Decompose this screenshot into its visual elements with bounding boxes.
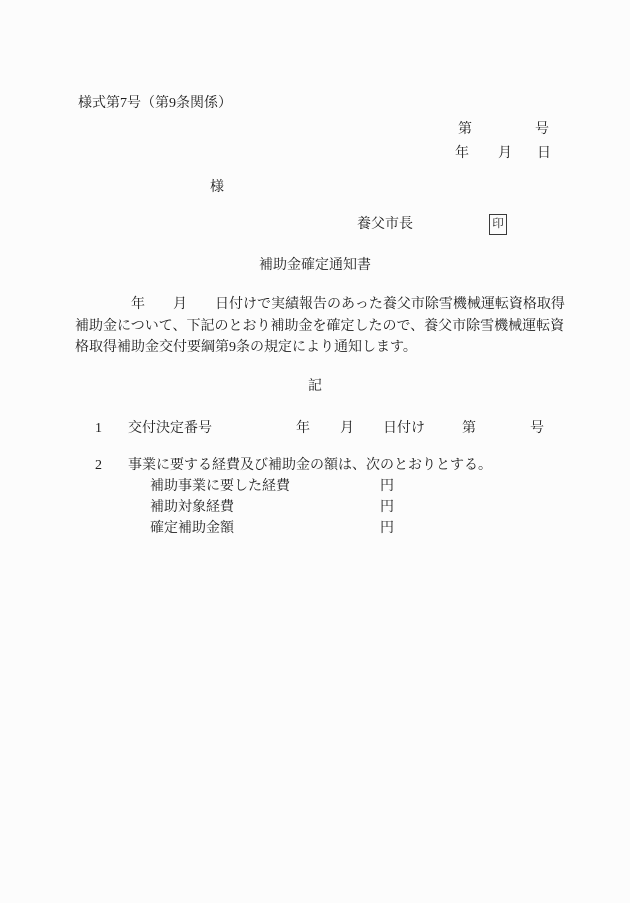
body-paragraph-line-2: 補助金について、下記のとおり補助金を確定したので、養父市除雪機械運転資 bbox=[75, 318, 564, 336]
expense-row-label: 確定補助金額 bbox=[150, 520, 234, 538]
item-1-number-prefix: 第 bbox=[462, 420, 476, 438]
document-title: 補助金確定通知書 bbox=[0, 257, 630, 275]
doc-number-prefix: 第 bbox=[458, 121, 472, 139]
date-year-label: 年 bbox=[455, 145, 469, 163]
doc-number-suffix: 号 bbox=[535, 121, 549, 139]
date-month-label: 月 bbox=[498, 145, 512, 163]
body-paragraph-line-3: 格取得補助金交付要綱第9条の規定により通知します。 bbox=[75, 339, 417, 357]
body-blank-year-label: 年 bbox=[131, 296, 145, 314]
item-2-text: 事業に要する経費及び補助金の額は、次のとおりとする。 bbox=[128, 457, 492, 475]
expense-row-unit: 円 bbox=[380, 520, 394, 538]
item-1-month-label: 月 bbox=[340, 420, 354, 438]
expense-row-label: 補助対象経費 bbox=[150, 499, 234, 517]
item-2-number: 2 bbox=[95, 457, 102, 475]
ki-marker: 記 bbox=[0, 378, 630, 396]
form-number: 様式第7号（第9条関係） bbox=[78, 95, 232, 113]
body-paragraph-line-1: 日付けで実績報告のあった養父市除雪機械運転資格取得 bbox=[215, 296, 565, 314]
seal-character: 印 bbox=[492, 219, 504, 231]
item-1-number: 1 bbox=[95, 420, 102, 438]
item-1-year-label: 年 bbox=[296, 420, 310, 438]
expense-row-label: 補助事業に要した経費 bbox=[150, 478, 290, 496]
issuer-name: 養父市長 bbox=[357, 216, 413, 234]
date-day-label: 日 bbox=[537, 145, 551, 163]
item-1-date-suffix-label: 日付け bbox=[383, 420, 425, 438]
body-blank-month-label: 月 bbox=[173, 296, 187, 314]
expense-row-unit: 円 bbox=[380, 499, 394, 517]
item-1-number-suffix: 号 bbox=[530, 420, 544, 438]
recipient-honorific: 様 bbox=[210, 179, 224, 197]
item-1-label: 交付決定番号 bbox=[128, 420, 212, 438]
expense-row-unit: 円 bbox=[380, 478, 394, 496]
seal-box: 印 bbox=[489, 214, 507, 235]
document-page: 様式第7号（第9条関係） 第 号 年 月 日 様 養父市長 印 補助金確定通知書… bbox=[0, 0, 630, 903]
